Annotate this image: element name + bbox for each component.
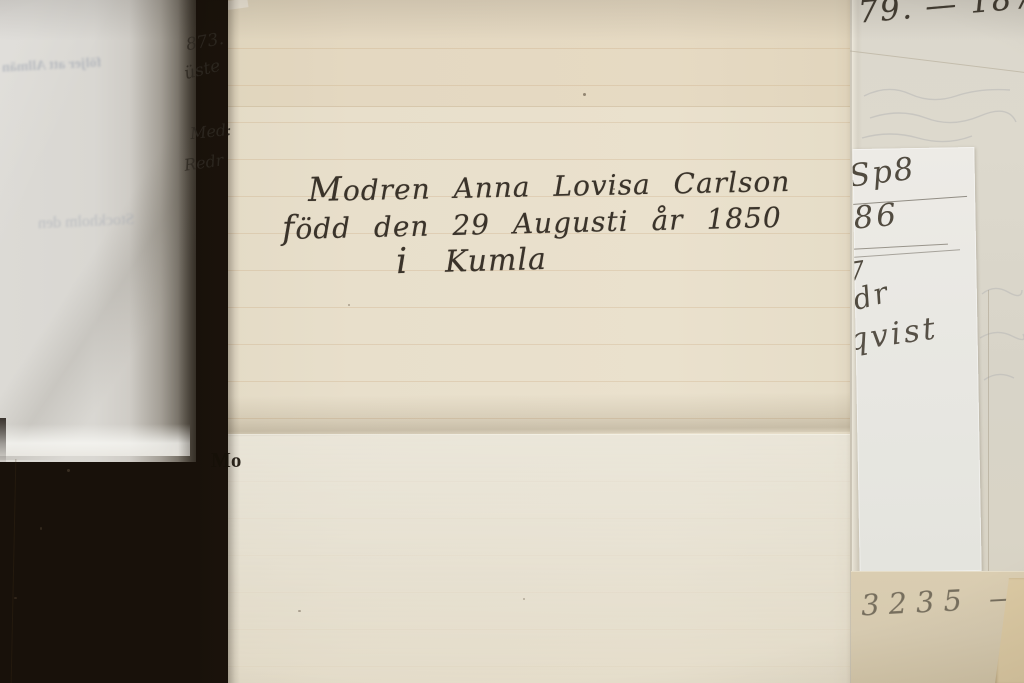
fold-fragment-4: Redr xyxy=(183,150,225,174)
main-paper: Modren Anna Lovisa Carlson född den 29 A… xyxy=(228,0,858,683)
slip-fragment-2: 86 xyxy=(852,197,900,237)
paper-edge-line xyxy=(850,50,1024,75)
left-edge-shadow xyxy=(0,418,6,466)
fold-fragment-2: üste xyxy=(182,56,222,84)
paper-seam-line xyxy=(988,290,989,572)
archive-photo: följer att Allmän Stockholm den Modren A… xyxy=(0,0,1024,683)
fold-crease-shadow xyxy=(228,392,858,436)
left-paper-shadow xyxy=(0,130,196,460)
showthrough-script-marks xyxy=(978,280,1024,400)
fold-shadow: 873. üste Med: Redr Mo xyxy=(178,0,240,683)
paper-speck xyxy=(583,93,586,96)
paper-speck xyxy=(348,304,350,306)
tan-paper xyxy=(0,447,196,683)
slip-fragment-4: dr xyxy=(852,275,893,317)
handwritten-note-line-3: i Kumla xyxy=(395,237,547,282)
fold-fragment-year: 873. xyxy=(185,29,226,55)
tan-paper-crease xyxy=(11,459,17,683)
paper-speck xyxy=(14,597,17,599)
slip-rule-line xyxy=(852,244,948,250)
fold-fragment-3: Med: xyxy=(189,120,232,143)
year-inscription: 79. — 1873 xyxy=(857,0,1024,31)
white-slip-paper: Sp8 86 7 dr qvist xyxy=(852,147,981,573)
paper-speck xyxy=(613,188,615,190)
pencil-number: 3235 — xyxy=(860,580,1024,623)
slip-fragment-1: Sp8 xyxy=(852,151,917,195)
beige-paper: 3235 — xyxy=(851,571,1024,683)
paper-speck xyxy=(523,598,525,600)
paper-top-band xyxy=(228,0,858,107)
fold-fragment-printed-mo: Mo xyxy=(211,448,241,473)
left-paper: följer att Allmän Stockholm den xyxy=(0,0,196,462)
slip-rule-line xyxy=(852,249,960,258)
showthrough-text-top: följer att Allmän xyxy=(2,55,102,76)
slip-fragment-qvist: qvist xyxy=(852,310,940,358)
paper-speck xyxy=(298,610,301,612)
paper-speck xyxy=(67,469,70,472)
lower-fold-panel xyxy=(228,434,858,683)
showthrough-script-marks xyxy=(860,78,1020,148)
paper-speck xyxy=(40,527,42,530)
